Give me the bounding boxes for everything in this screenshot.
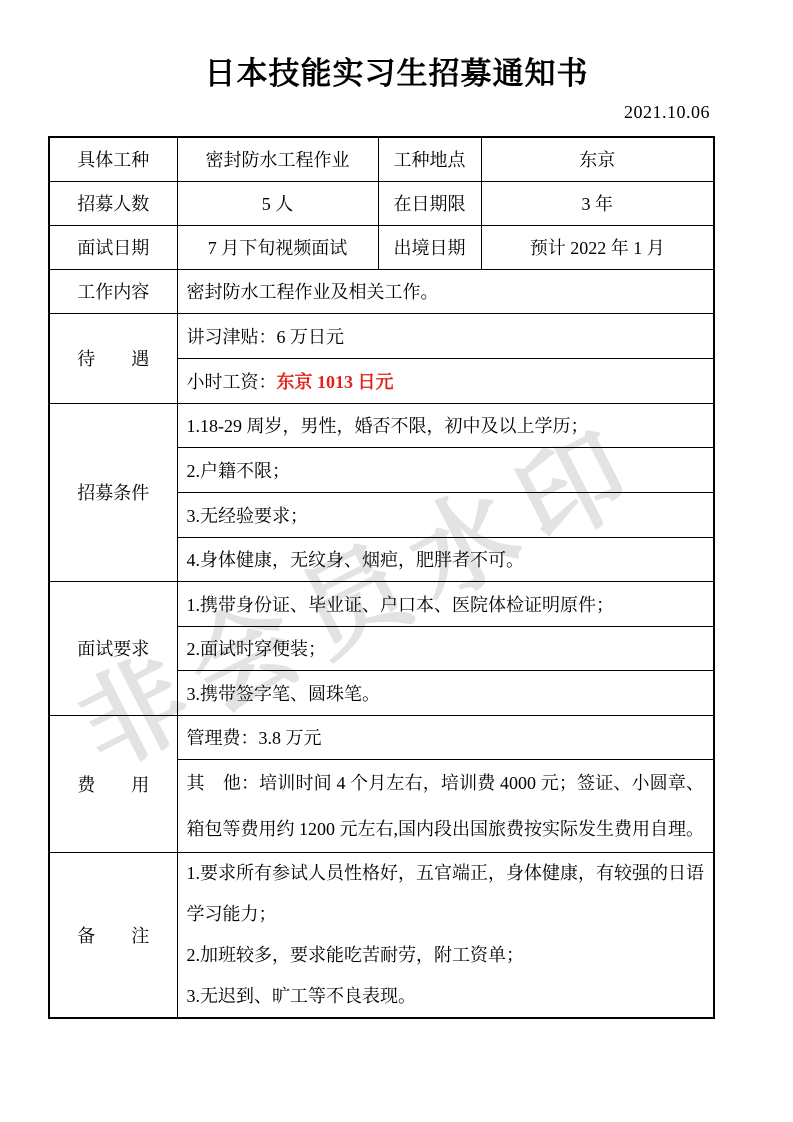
- value-stay-duration: 3 年: [481, 181, 714, 225]
- table-row: 招募条件 1.18-29 周岁，男性，婚否不限，初中及以上学历；: [49, 403, 714, 447]
- condition-item-4: 4.身体健康，无纹身、烟疤，肥胖者不可。: [177, 537, 714, 581]
- condition-item-2: 2.户籍不限；: [177, 447, 714, 492]
- label-notes: 备 注: [49, 852, 177, 1018]
- document-page: 日本技能实习生招募通知书 2021.10.06 非会员水印 具体工种 密封防水工…: [0, 0, 793, 1122]
- label-fees: 费 用: [49, 715, 177, 852]
- label-job-location: 工种地点: [378, 137, 481, 181]
- label-work-content: 工作内容: [49, 269, 177, 313]
- table-row: 待 遇 讲习津贴：6 万日元: [49, 313, 714, 358]
- value-job-type: 密封防水工程作业: [177, 137, 378, 181]
- wage-amount-highlight: 东京 1013 日元: [277, 372, 394, 392]
- notes-cell: 1.要求所有参试人员性格好，五官端正，身体健康，有较强的日语学习能力； 2.加班…: [177, 852, 714, 1018]
- note-item-3: 3.无迟到、旷工等不良表现。: [187, 976, 705, 1017]
- label-conditions: 招募条件: [49, 403, 177, 581]
- table-row: 工作内容 密封防水工程作业及相关工作。: [49, 269, 714, 313]
- fee-management: 管理费：3.8 万元: [177, 715, 714, 759]
- table-row: 费 用 管理费：3.8 万元: [49, 715, 714, 759]
- fee-other: 其 他：培训时间 4 个月左右，培训费 4000 元；签证、小圆章、箱包等费用约…: [177, 759, 714, 852]
- condition-item-3: 3.无经验要求；: [177, 492, 714, 537]
- condition-item-1: 1.18-29 周岁，男性，婚否不限，初中及以上学历；: [177, 403, 714, 447]
- wage-prefix: 小时工资：: [187, 372, 277, 392]
- label-interview-requirements: 面试要求: [49, 581, 177, 715]
- value-work-content: 密封防水工程作业及相关工作。: [177, 269, 714, 313]
- table-row: 面试要求 1.携带身份证、毕业证、户口本、医院体检证明原件；: [49, 581, 714, 626]
- note-item-2: 2.加班较多，要求能吃苦耐劳，附工资单；: [187, 935, 705, 976]
- table-row: 具体工种 密封防水工程作业 工种地点 东京: [49, 137, 714, 181]
- interview-item-3: 3.携带签字笔、圆珠笔。: [177, 670, 714, 715]
- value-treatment-wage: 小时工资：东京 1013 日元: [177, 358, 714, 403]
- label-stay-duration: 在日期限: [378, 181, 481, 225]
- value-departure-date: 预计 2022 年 1 月: [481, 225, 714, 269]
- recruitment-table: 具体工种 密封防水工程作业 工种地点 东京 招募人数 5 人 在日期限 3 年 …: [48, 136, 715, 1019]
- value-headcount: 5 人: [177, 181, 378, 225]
- table-row: 备 注 1.要求所有参试人员性格好，五官端正，身体健康，有较强的日语学习能力； …: [49, 852, 714, 1018]
- label-job-type: 具体工种: [49, 137, 177, 181]
- page-title: 日本技能实习生招募通知书: [0, 48, 793, 93]
- value-treatment-allowance: 讲习津贴：6 万日元: [177, 313, 714, 358]
- document-date: 2021.10.06: [624, 102, 710, 123]
- label-headcount: 招募人数: [49, 181, 177, 225]
- table-row: 招募人数 5 人 在日期限 3 年: [49, 181, 714, 225]
- label-departure-date: 出境日期: [378, 225, 481, 269]
- interview-item-2: 2.面试时穿便装；: [177, 626, 714, 670]
- interview-item-1: 1.携带身份证、毕业证、户口本、医院体检证明原件；: [177, 581, 714, 626]
- label-treatment: 待 遇: [49, 313, 177, 403]
- table-row: 面试日期 7 月下旬视频面试 出境日期 预计 2022 年 1 月: [49, 225, 714, 269]
- label-interview-date: 面试日期: [49, 225, 177, 269]
- value-job-location: 东京: [481, 137, 714, 181]
- note-item-1: 1.要求所有参试人员性格好，五官端正，身体健康，有较强的日语学习能力；: [187, 853, 705, 935]
- value-interview-date: 7 月下旬视频面试: [177, 225, 378, 269]
